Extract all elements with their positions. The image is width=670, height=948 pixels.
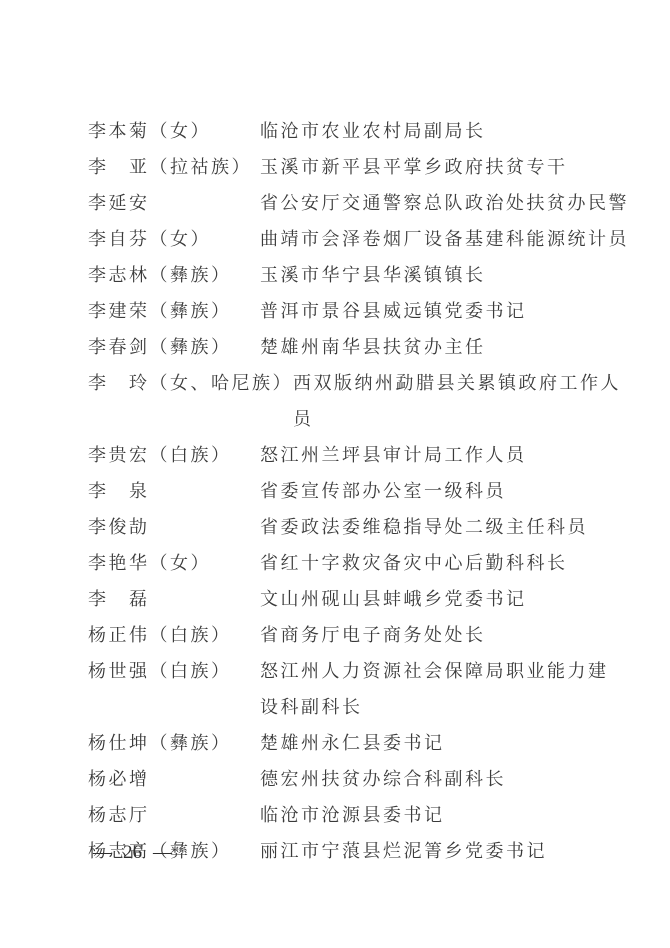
personnel-roster: 李本菊（女） 临沧市农业农村局副局长 李 亚（拉祜族） 玉溪市新平县平掌乡政府扶…	[88, 113, 640, 869]
roster-row: 李志林（彝族） 玉溪市华宁县华溪镇镇长	[88, 257, 640, 293]
person-name: 李俊劼	[88, 509, 260, 545]
person-name: 杨正伟（白族）	[88, 617, 260, 653]
roster-row: 李 玲（女、哈尼族） 西双版纳州勐腊县关累镇政府工作人员	[88, 365, 640, 437]
person-name: 李 泉	[88, 473, 260, 509]
person-name: 李志林（彝族）	[88, 257, 260, 293]
person-title: 丽江市宁蒗县烂泥箐乡党委书记	[260, 833, 640, 869]
person-name: 李贵宏（白族）	[88, 437, 260, 473]
person-title: 楚雄州南华县扶贫办主任	[260, 329, 640, 365]
roster-row: 李春剑（彝族） 楚雄州南华县扶贫办主任	[88, 329, 640, 365]
person-title: 省委政法委维稳指导处二级主任科员	[260, 509, 640, 545]
person-name: 李本菊（女）	[88, 113, 260, 149]
person-name: 李建荣（彝族）	[88, 293, 260, 329]
person-title: 省公安厅交通警察总队政治处扶贫办民警	[260, 185, 640, 221]
roster-row: 李俊劼 省委政法委维稳指导处二级主任科员	[88, 509, 640, 545]
person-title: 省红十字救灾备灾中心后勤科科长	[260, 545, 640, 581]
person-title: 玉溪市华宁县华溪镇镇长	[260, 257, 640, 293]
person-title: 临沧市沧源县委书记	[260, 797, 640, 833]
roster-row: 杨必增 德宏州扶贫办综合科副科长	[88, 761, 640, 797]
person-title: 临沧市农业农村局副局长	[260, 113, 640, 149]
person-name: 李 磊	[88, 581, 260, 617]
person-name: 李艳华（女）	[88, 545, 260, 581]
person-name: 李延安	[88, 185, 260, 221]
person-name: 李 亚（拉祜族）	[88, 149, 260, 185]
person-title: 西双版纳州勐腊县关累镇政府工作人员	[293, 365, 640, 437]
person-title: 曲靖市会泽卷烟厂设备基建科能源统计员	[260, 221, 640, 257]
roster-row: 李贵宏（白族） 怒江州兰坪县审计局工作人员	[88, 437, 640, 473]
footer-right-dash: —	[153, 842, 172, 864]
roster-row: 李艳华（女） 省红十字救灾备灾中心后勤科科长	[88, 545, 640, 581]
person-name: 李 玲（女、哈尼族）	[88, 365, 293, 401]
person-title: 楚雄州永仁县委书记	[260, 725, 640, 761]
roster-row: 杨世强（白族） 怒江州人力资源社会保障局职业能力建 设科副科长	[88, 653, 640, 725]
person-title: 省商务厅电子商务处处长	[260, 617, 640, 653]
person-name: 杨必增	[88, 761, 260, 797]
roster-row: 李自芬（女） 曲靖市会泽卷烟厂设备基建科能源统计员	[88, 221, 640, 257]
roster-row: 李 泉 省委宣传部办公室一级科员	[88, 473, 640, 509]
roster-row: 李建荣（彝族） 普洱市景谷县威远镇党委书记	[88, 293, 640, 329]
page-footer: — 26 —	[93, 842, 172, 864]
person-name: 杨仕坤（彝族）	[88, 725, 260, 761]
roster-row: 杨仕坤（彝族） 楚雄州永仁县委书记	[88, 725, 640, 761]
person-title: 怒江州兰坪县审计局工作人员	[260, 437, 640, 473]
person-title: 文山州砚山县蚌峨乡党委书记	[260, 581, 640, 617]
roster-row: 杨正伟（白族） 省商务厅电子商务处处长	[88, 617, 640, 653]
person-name: 李自芬（女）	[88, 221, 260, 257]
person-name: 李春剑（彝族）	[88, 329, 260, 365]
footer-left-dash: —	[93, 842, 112, 864]
document-page: 李本菊（女） 临沧市农业农村局副局长 李 亚（拉祜族） 玉溪市新平县平掌乡政府扶…	[0, 0, 670, 948]
person-title: 德宏州扶贫办综合科副科长	[260, 761, 640, 797]
person-name: 杨世强（白族）	[88, 653, 260, 689]
roster-row: 李延安 省公安厅交通警察总队政治处扶贫办民警	[88, 185, 640, 221]
roster-row: 李 亚（拉祜族） 玉溪市新平县平掌乡政府扶贫专干	[88, 149, 640, 185]
person-name: 杨志厅	[88, 797, 260, 833]
person-title: 省委宣传部办公室一级科员	[260, 473, 640, 509]
page-number: 26	[123, 842, 142, 864]
person-title: 普洱市景谷县威远镇党委书记	[260, 293, 640, 329]
roster-row: 杨志厅 临沧市沧源县委书记	[88, 797, 640, 833]
person-title: 怒江州人力资源社会保障局职业能力建 设科副科长	[260, 653, 640, 725]
roster-row: 李本菊（女） 临沧市农业农村局副局长	[88, 113, 640, 149]
roster-row: 李 磊 文山州砚山县蚌峨乡党委书记	[88, 581, 640, 617]
person-title: 玉溪市新平县平掌乡政府扶贫专干	[260, 149, 640, 185]
